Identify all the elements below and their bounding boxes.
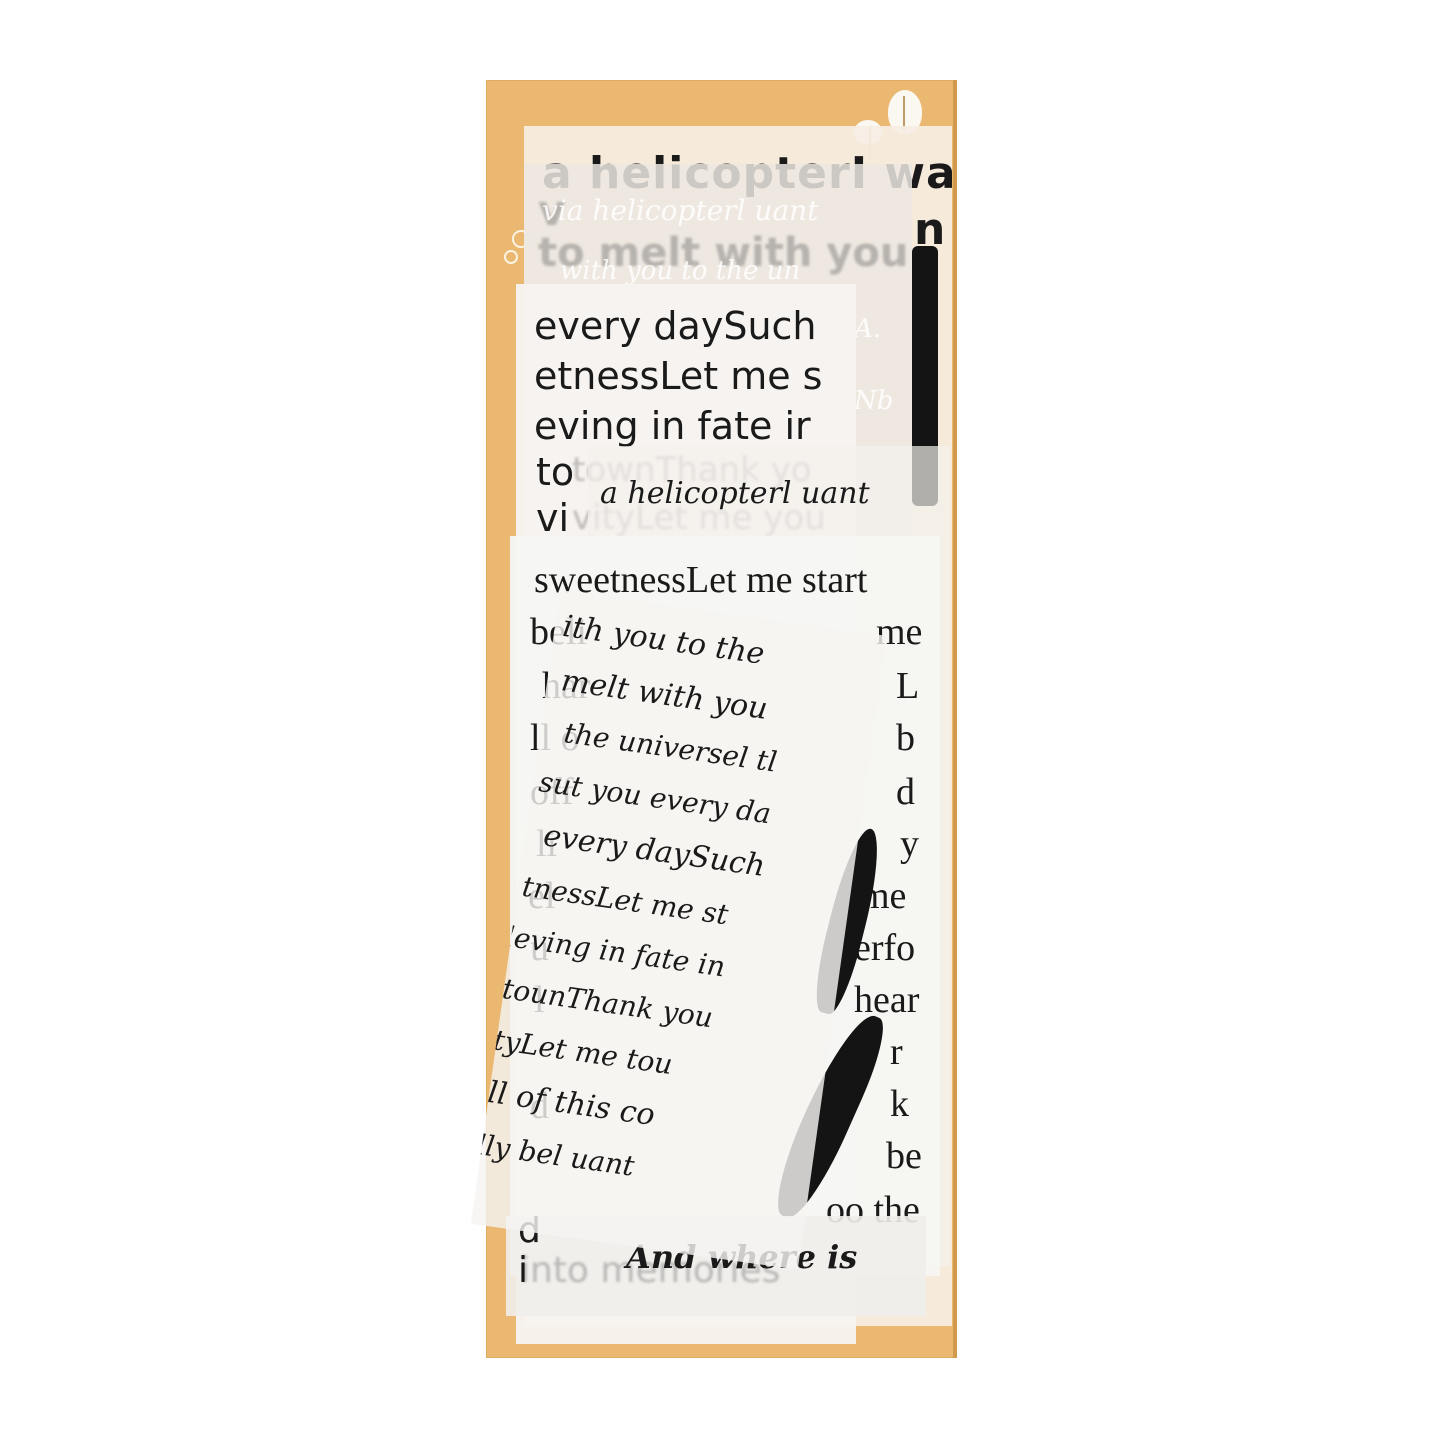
sheet-text-line: hear <box>854 978 919 1022</box>
sheet-text-line: i <box>518 1250 528 1291</box>
sheet-text-line: d <box>896 770 915 814</box>
sheet-text-line: the universel tl <box>562 716 779 779</box>
sheet-text-line: to <box>536 450 574 494</box>
sheet-text-line: every daySuch <box>541 818 767 884</box>
sheet-text-line: sut you every da <box>537 765 773 830</box>
sheet-text-line: lfall of this co <box>471 1070 657 1133</box>
sheet-text-line: L <box>896 664 919 708</box>
sheet-text-line: y <box>900 822 919 866</box>
sheet-text-line: eving in fate ir <box>534 404 811 448</box>
sheet-text-line: tnessLet me st <box>520 870 730 932</box>
sheet-text-line: every daySuch <box>534 304 817 348</box>
sheet-text-line: really bel uant <box>471 1121 637 1182</box>
sheet-text-line: melt with you <box>559 663 770 727</box>
sheet-text-line: etnessLet me s <box>534 354 822 398</box>
sheet-text-line: be <box>886 1134 922 1178</box>
sheet-text-line: b <box>896 716 915 760</box>
sheet-text-line: A. <box>854 314 881 344</box>
sheet-text-line: with you to the un <box>560 256 800 286</box>
sheet-text-line: r <box>890 1030 903 1074</box>
sheet-text-line: vityLet me tou <box>471 1020 675 1081</box>
swirl-decoration <box>504 250 518 264</box>
sheet-text-line: Nb <box>854 386 893 416</box>
sheet-text-line: vi <box>536 496 569 540</box>
sheet-text-line: k <box>890 1082 909 1126</box>
sheet-text-line: a helicopterl uant <box>600 476 870 511</box>
sheet-text-line: etounThank you <box>484 970 715 1035</box>
sheet-text-line: via helicopterl uant <box>542 194 818 227</box>
sheet-text-line: leving in fate in <box>503 920 727 984</box>
sheet-text-line: ith you to the <box>561 609 767 672</box>
card-edge <box>953 80 957 1358</box>
